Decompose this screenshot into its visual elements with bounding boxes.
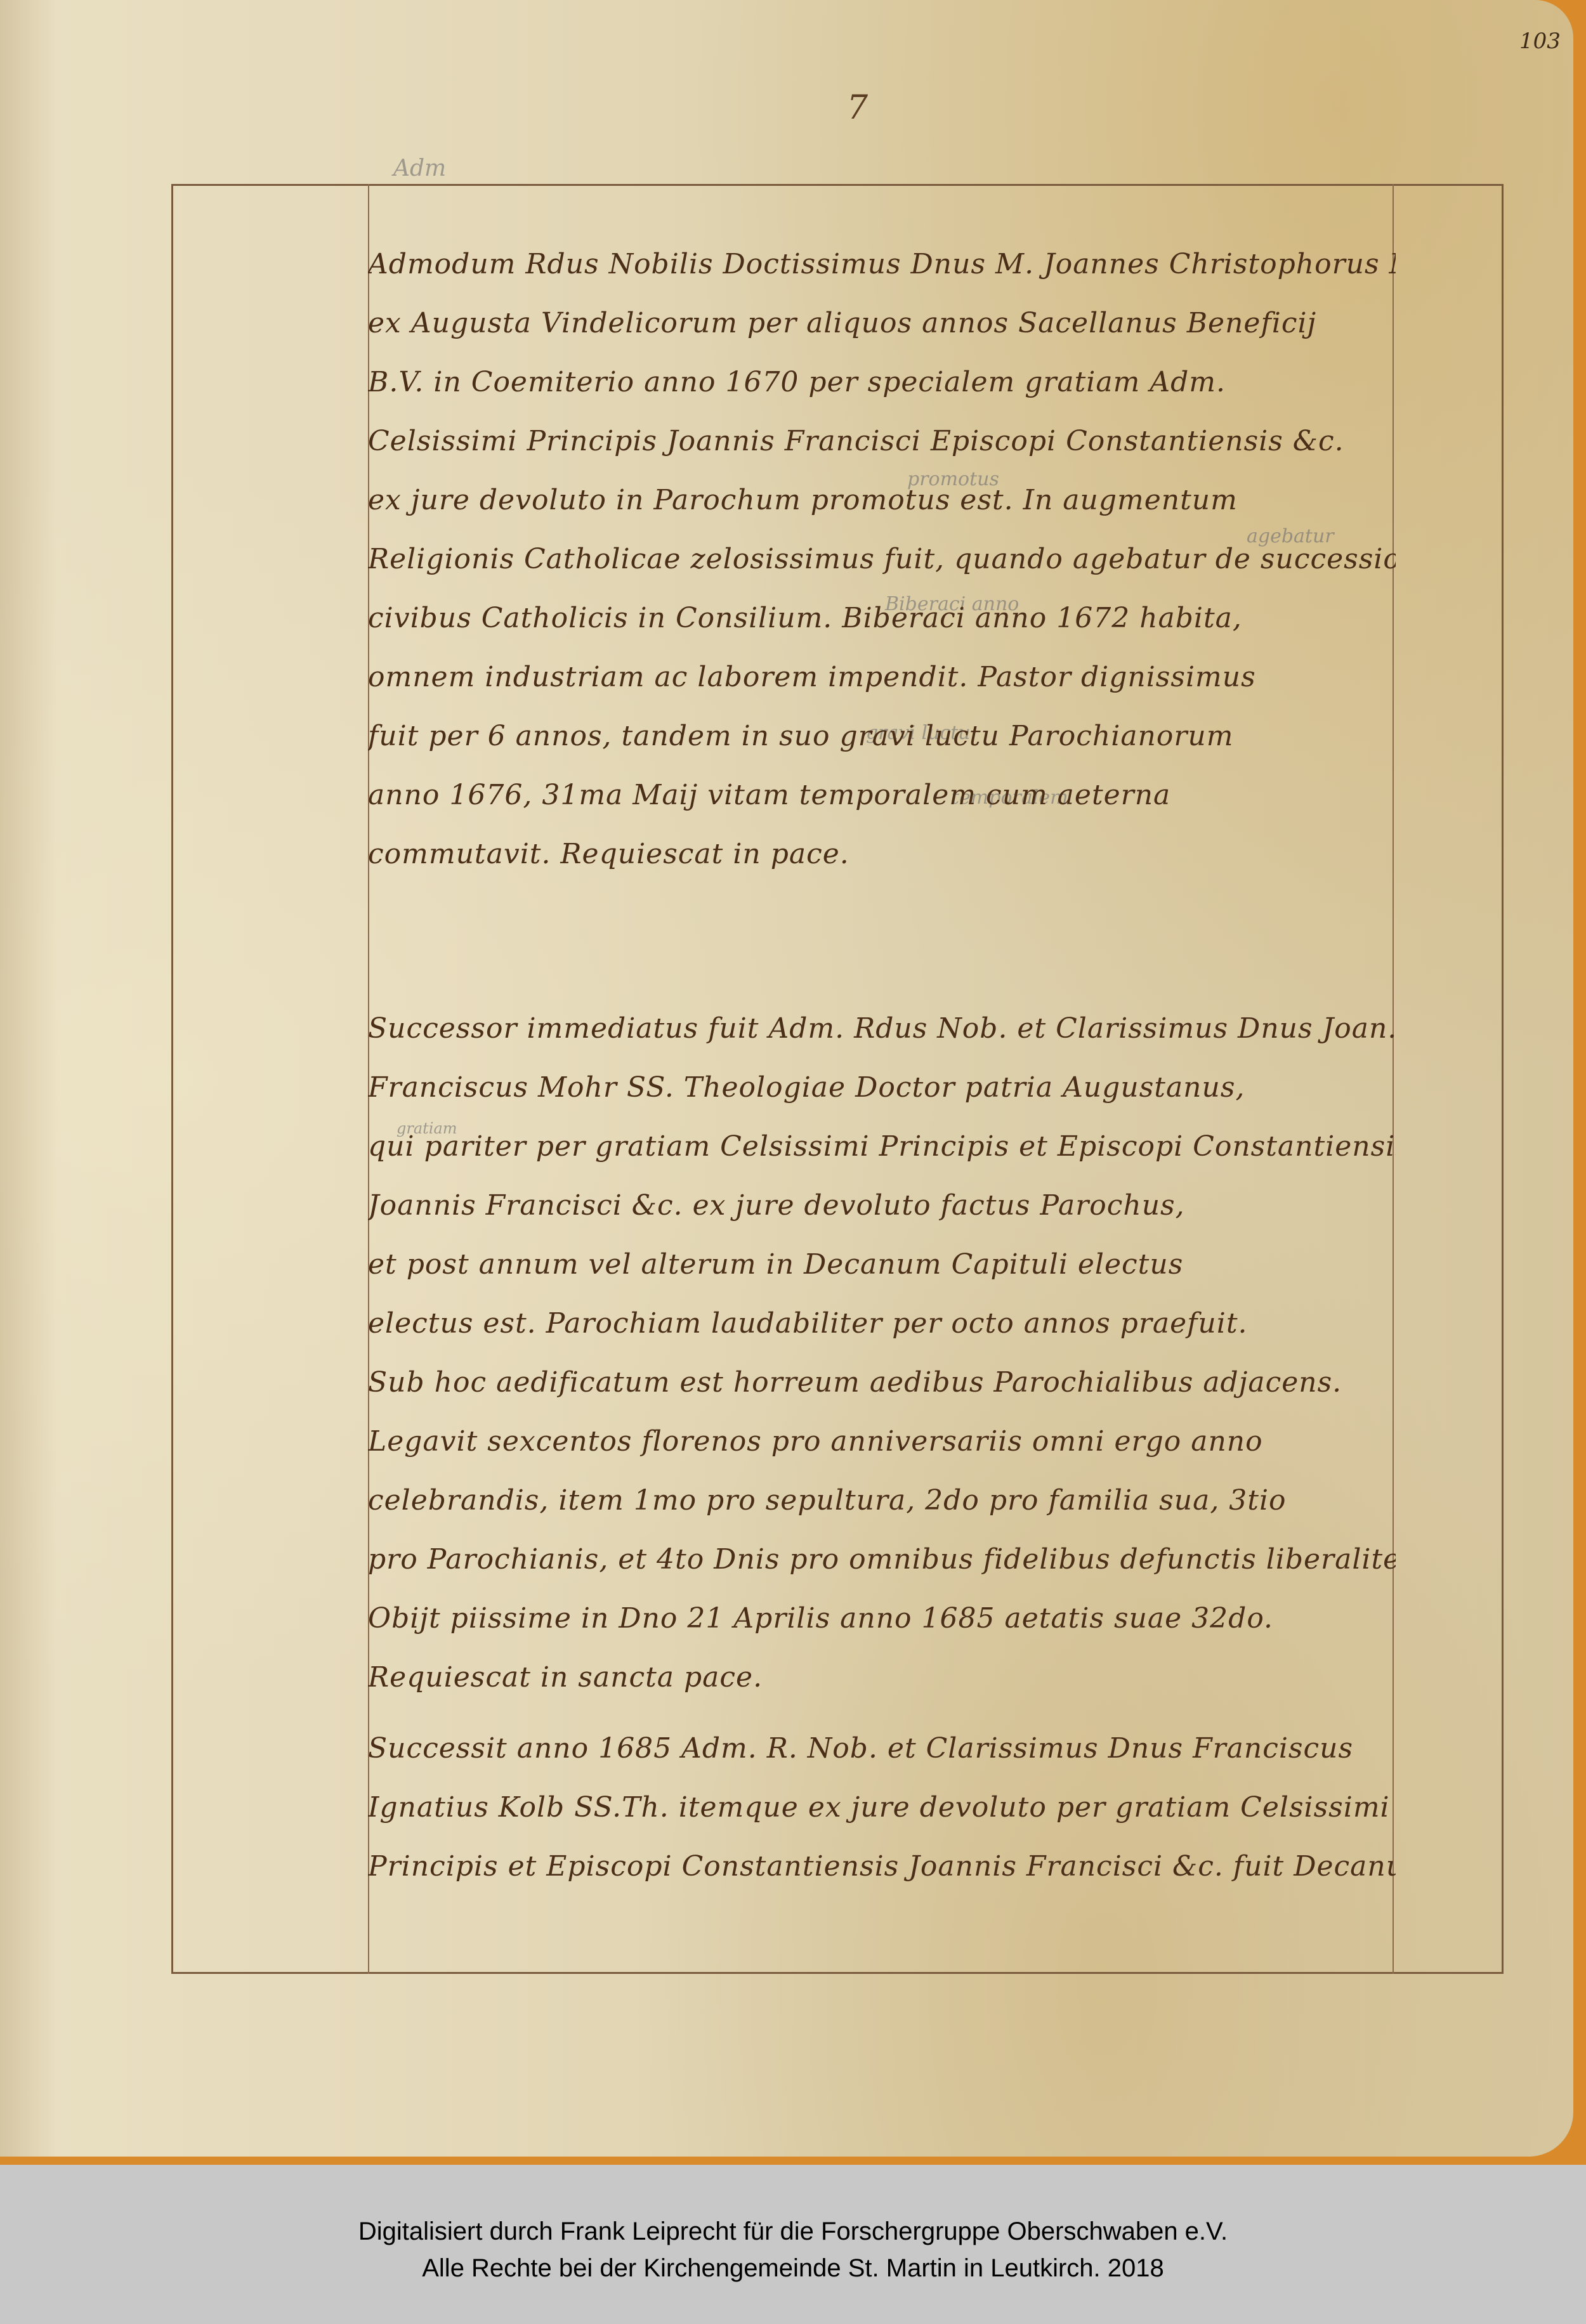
manuscript-line: Legavit sexcentos florenos pro anniversa…	[368, 1412, 1396, 1471]
manuscript-line: et post annum vel alterum in Decanum Cap…	[368, 1235, 1396, 1294]
manuscript-line: omnem industriam ac laborem impendit. Pa…	[368, 648, 1396, 707]
page-gutter-shadow	[0, 0, 57, 2157]
pencil-note-adm: Adm	[393, 155, 446, 181]
manuscript-line: Joannis Francisci &c. ex jure devoluto f…	[368, 1176, 1396, 1235]
manuscript-line: fuit per 6 annos, tandem in suo gravi lu…	[368, 707, 1396, 766]
manuscript-line: Successit anno 1685 Adm. R. Nob. et Clar…	[368, 1719, 1396, 1778]
manuscript-line: Admodum Rdus Nobilis Doctissimus Dnus M.…	[368, 235, 1396, 294]
manuscript-line: anno 1676, 31ma Maij vitam temporalem cu…	[368, 766, 1396, 825]
folio-mark: 7	[847, 89, 868, 127]
manuscript-line: celebrandis, item 1mo pro sepultura, 2do…	[368, 1471, 1396, 1530]
manuscript-line: Principis et Episcopi Constantiensis Joa…	[368, 1837, 1396, 1896]
manuscript-line: civibus Catholicis in Consilium. Biberac…	[368, 589, 1396, 648]
manuscript-line: Celsissimi Principis Joannis Francisci E…	[368, 412, 1396, 471]
manuscript-line: Requiescat in sancta pace.	[368, 1648, 1396, 1707]
manuscript-line: Ignatius Kolb SS.Th. itemque ex jure dev…	[368, 1778, 1396, 1837]
manuscript-line: Religionis Catholicae zelosissimus fuit,…	[368, 530, 1396, 589]
credit-rights: Alle Rechte bei der Kirchengemeinde St. …	[0, 2250, 1586, 2287]
credit-digitized-by: Digitalisiert durch Frank Leiprecht für …	[0, 2213, 1586, 2250]
manuscript-line: Franciscus Mohr SS. Theologiae Doctor pa…	[368, 1058, 1396, 1117]
manuscript-line: pro Parochianis, et 4to Dnis pro omnibus…	[368, 1530, 1396, 1589]
manuscript-line: electus est. Parochiam laudabiliter per …	[368, 1294, 1396, 1353]
paragraph-mohr-franciscus: Successor immediatus fuit Adm. Rdus Nob.…	[368, 999, 1396, 1707]
manuscript-line: B.V. in Coemiterio anno 1670 per special…	[368, 353, 1396, 412]
manuscript-line: Sub hoc aedificatum est horreum aedibus …	[368, 1353, 1396, 1412]
manuscript-line: Obijt piissime in Dno 21 Aprilis anno 16…	[368, 1589, 1396, 1648]
manuscript-line: ex jure devoluto in Parochum promotus es…	[368, 471, 1396, 530]
digitization-credit-footer: Digitalisiert durch Frank Leiprecht für …	[0, 2165, 1586, 2324]
manuscript-page: 103 7 Adm promotus agebatur Biberaci ann…	[0, 0, 1573, 2157]
manuscript-scan: 103 7 Adm promotus agebatur Biberaci ann…	[0, 0, 1586, 2165]
page-number: 103	[1519, 29, 1561, 54]
paragraph-kolb: Successit anno 1685 Adm. R. Nob. et Clar…	[368, 1719, 1396, 1896]
manuscript-line: qui pariter per gratiam Celsissimi Princ…	[368, 1117, 1396, 1176]
paragraph-mohr-christophorus: Admodum Rdus Nobilis Doctissimus Dnus M.…	[368, 235, 1396, 884]
manuscript-line: Successor immediatus fuit Adm. Rdus Nob.…	[368, 999, 1396, 1058]
manuscript-line: commutavit. Requiescat in pace.	[368, 825, 1396, 884]
manuscript-line: ex Augusta Vindelicorum per aliquos anno…	[368, 294, 1396, 353]
